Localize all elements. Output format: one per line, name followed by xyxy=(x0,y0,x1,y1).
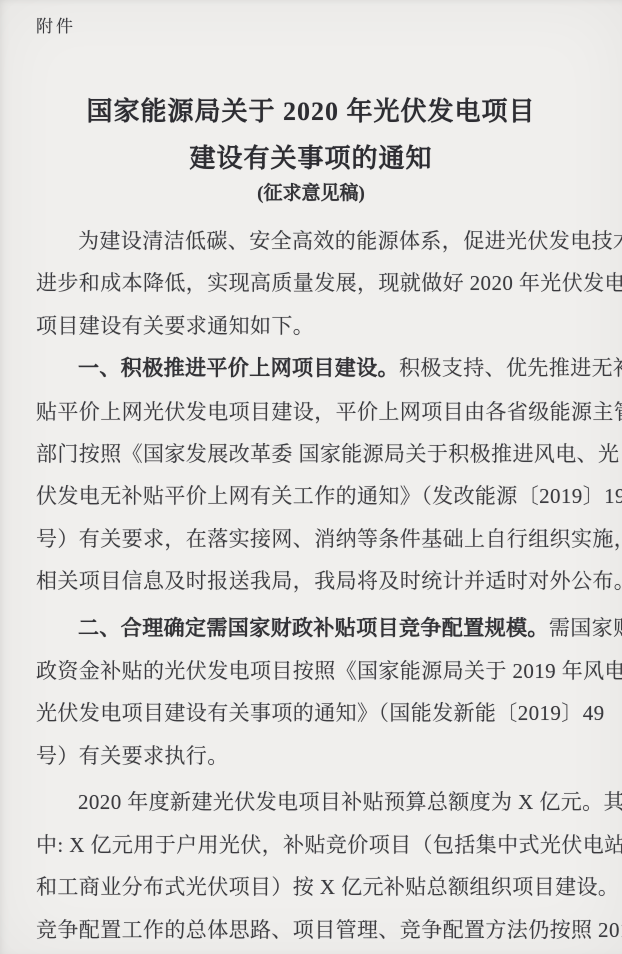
document-title-line1: 国家能源局关于 2020 年光伏发电项目 xyxy=(0,88,622,135)
section2-heading: 二、合理确定需国家财政补贴项目竞争配置规模。 xyxy=(78,617,549,640)
budget-line-2: 中: X 亿元用于户用光伏，补贴竞价项目（包括集中式光伏电站 xyxy=(36,824,588,866)
paragraph-section-2: 二、合理确定需国家财政补贴项目竞争配置规模。需国家财 政资金补贴的光伏发电项目按… xyxy=(36,607,588,778)
attachment-label: 附件 xyxy=(36,12,76,37)
section1-line-3: 部门按照《国家发展改革委 国家能源局关于积极推进风电、光 xyxy=(36,433,588,475)
intro-line-1: 为建设清洁低碳、安全高效的能源体系，促进光伏发电技术 xyxy=(36,220,588,262)
budget-line-1: 2020 年度新建光伏发电项目补贴预算总额度为 X 亿元。其 xyxy=(36,781,588,823)
paragraph-section-1: 一、积极推进平价上网项目建设。积极支持、优先推进无补 贴平价上网光伏发电项目建设… xyxy=(36,347,588,602)
scanned-document-page: 附件 国家能源局关于 2020 年光伏发电项目 建设有关事项的通知 (征求意见稿… xyxy=(0,0,622,954)
section2-line-1-rest: 需国家财 xyxy=(549,616,622,640)
section1-line-6: 相关项目信息及时报送我局，我局将及时统计并适时对外公布。 xyxy=(36,560,588,602)
budget-line-3: 和工商业分布式光伏项目）按 X 亿元补贴总额组织项目建设。 xyxy=(36,866,588,908)
section1-line-1-rest: 积极支持、优先推进无补 xyxy=(399,356,622,380)
paragraph-intro: 为建设清洁低碳、安全高效的能源体系，促进光伏发电技术 进步和成本降低，实现高质量… xyxy=(36,220,588,347)
document-body: 为建设清洁低碳、安全高效的能源体系，促进光伏发电技术 进步和成本降低，实现高质量… xyxy=(36,220,588,951)
section1-line-5: 号）有关要求，在落实接网、消纳等条件基础上自行组织实施， xyxy=(36,518,588,560)
section2-line-4: 号）有关要求执行。 xyxy=(36,735,588,777)
document-title: 国家能源局关于 2020 年光伏发电项目 建设有关事项的通知 xyxy=(0,88,622,182)
intro-line-3: 项目建设有关要求通知如下。 xyxy=(36,305,588,347)
section1-heading: 一、积极推进平价上网项目建设。 xyxy=(78,357,399,380)
budget-line-4: 竞争配置工作的总体思路、项目管理、竞争配置方法仍按照 2019 xyxy=(36,909,588,951)
document-subtitle: (征求意见稿) xyxy=(0,181,622,207)
document-title-line2: 建设有关事项的通知 xyxy=(0,135,622,182)
section2-line-3: 光伏发电项目建设有关事项的通知》（国能发新能〔2019〕49 xyxy=(36,692,588,734)
paragraph-budget: 2020 年度新建光伏发电项目补贴预算总额度为 X 亿元。其 中: X 亿元用于… xyxy=(36,781,588,951)
section1-line-2: 贴平价上网光伏发电项目建设，平价上网项目由各省级能源主管 xyxy=(36,391,588,433)
section2-line-1: 二、合理确定需国家财政补贴项目竞争配置规模。需国家财 xyxy=(36,607,588,650)
section1-line-1: 一、积极推进平价上网项目建设。积极支持、优先推进无补 xyxy=(36,347,588,390)
section1-line-4: 伏发电无补贴平价上网有关工作的通知》（发改能源〔2019〕19 xyxy=(36,475,588,517)
section2-line-2: 政资金补贴的光伏发电项目按照《国家能源局关于 2019 年风电、 xyxy=(36,650,588,692)
intro-line-2: 进步和成本降低，实现高质量发展，现就做好 2020 年光伏发电 xyxy=(36,262,588,304)
